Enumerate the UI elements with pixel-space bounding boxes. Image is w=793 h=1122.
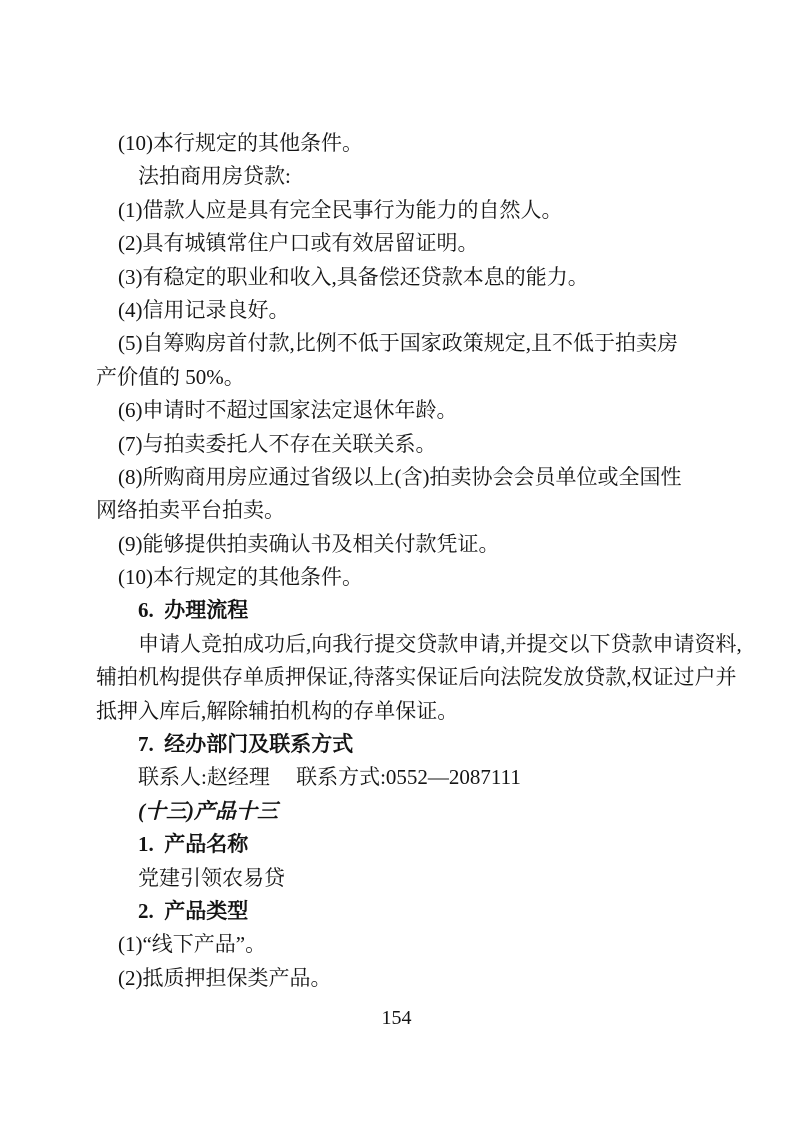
condition-6-line: (6)申请时不超过国家法定退休年龄。 xyxy=(96,394,700,427)
process-paragraph-line-2: 辅拍机构提供存单质押保证,待落实保证后向法院发放贷款,权证过户并 xyxy=(96,661,700,694)
condition-2-line: (2)具有城镇常住户口或有效居留证明。 xyxy=(96,227,700,260)
condition-4-line: (4)信用记录良好。 xyxy=(96,294,700,327)
condition-3-line: (3)有稳定的职业和收入,具备偿还贷款本息的能力。 xyxy=(96,261,700,294)
condition-9-line: (9)能够提供拍卖确认书及相关付款凭证。 xyxy=(96,528,700,561)
condition-10-line: (10)本行规定的其他条件。 xyxy=(96,561,700,594)
product-type-2-line: (2)抵质押担保类产品。 xyxy=(96,962,700,995)
page-number: 154 xyxy=(0,1005,793,1031)
heading-6-process: 6. 办理流程 xyxy=(96,594,700,627)
process-paragraph-line-1: 申请人竞拍成功后,向我行提交贷款申请,并提交以下贷款申请资料, xyxy=(96,628,700,661)
clause-other-conditions-line: (10)本行规定的其他条件。 xyxy=(96,127,700,160)
document-page: (10)本行规定的其他条件。 法拍商用房贷款: (1)借款人应是具有完全民事行为… xyxy=(0,0,793,1122)
condition-7-line: (7)与拍卖委托人不存在关联关系。 xyxy=(96,428,700,461)
heading-product-13: (十三)产品十三 xyxy=(96,795,700,828)
process-paragraph-line-3: 抵押入库后,解除辅拍机构的存单保证。 xyxy=(96,695,700,728)
condition-5-line: (5)自筹购房首付款,比例不低于国家政策规定,且不低于拍卖房 xyxy=(96,327,700,360)
product-type-1-line: (1)“线下产品”。 xyxy=(96,928,700,961)
contact-info-line: 联系人:赵经理 联系方式:0552—2087111 xyxy=(96,761,700,794)
condition-5-continuation-line: 产价值的 50%。 xyxy=(96,361,700,394)
product-name-line: 党建引领农易贷 xyxy=(96,862,700,895)
section-label-fapai-loan: 法拍商用房贷款: xyxy=(96,160,700,193)
document-body: (10)本行规定的其他条件。 法拍商用房贷款: (1)借款人应是具有完全民事行为… xyxy=(96,127,700,995)
condition-8-continuation-line: 网络拍卖平台拍卖。 xyxy=(96,494,700,527)
heading-2-product-type: 2. 产品类型 xyxy=(96,895,700,928)
condition-8-line: (8)所购商用房应通过省级以上(含)拍卖协会会员单位或全国性 xyxy=(96,461,700,494)
condition-1-line: (1)借款人应是具有完全民事行为能力的自然人。 xyxy=(96,194,700,227)
heading-7-contact: 7. 经办部门及联系方式 xyxy=(96,728,700,761)
heading-1-product-name: 1. 产品名称 xyxy=(96,828,700,861)
